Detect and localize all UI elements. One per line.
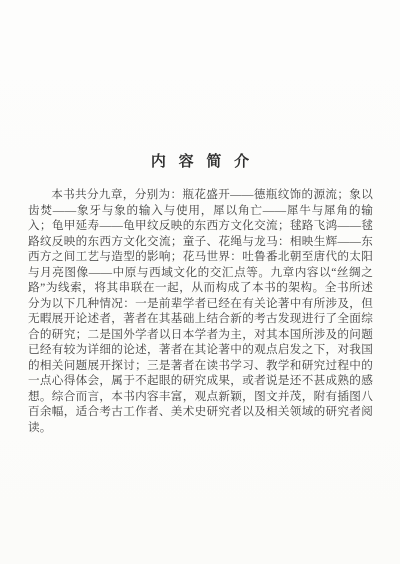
scanned-book-page: 内容简介 本书共分九章，分别为：瓶花盛开——德瓶纹饰的源流；象以齿焚——象牙与象… [0,0,400,564]
page-title: 内容简介 [0,0,400,171]
synopsis-paragraph: 本书共分九章，分别为：瓶花盛开——德瓶纹饰的源流；象以齿焚——象牙与象的输入与使… [28,187,373,435]
